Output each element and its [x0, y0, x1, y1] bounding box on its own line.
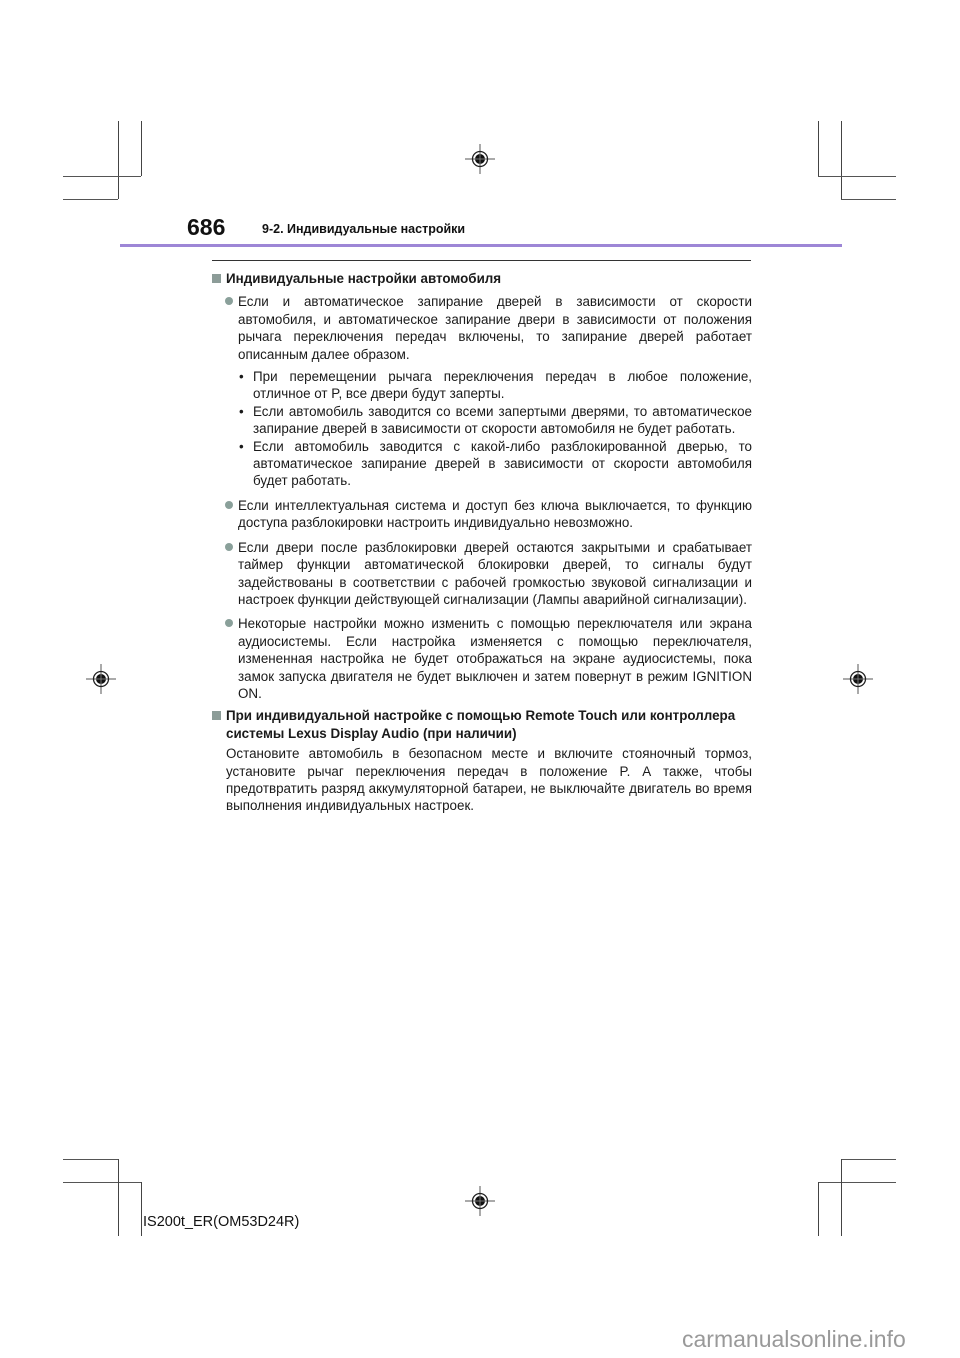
crop-mark — [818, 1182, 819, 1236]
paragraph-text: Если интеллектуальная система и доступ б… — [238, 498, 752, 530]
crop-mark — [63, 176, 141, 177]
crop-mark — [841, 1159, 896, 1160]
crop-mark — [141, 121, 142, 176]
circle-bullet-icon — [225, 619, 233, 627]
page-content: Индивидуальные настройки автомобиля Если… — [212, 265, 752, 815]
registration-mark-icon — [85, 663, 117, 695]
watermark: carmanualsonline.info — [682, 1326, 906, 1353]
paragraph-text: Некоторые настройки можно изменить с пом… — [238, 616, 752, 701]
crop-mark — [63, 1182, 141, 1183]
sub-item-text: При перемещении рычага переключения пере… — [253, 369, 752, 401]
circle-bullet-icon — [225, 297, 233, 305]
bullet-paragraph: Некоторые настройки можно изменить с пом… — [212, 615, 752, 702]
registration-mark-icon — [842, 663, 874, 695]
bullet-paragraph: Если и автоматическое запирание дверей в… — [212, 293, 752, 363]
section-title: 9-2. Индивидуальные настройки — [262, 222, 465, 236]
content-divider — [212, 260, 751, 261]
crop-mark — [841, 199, 896, 200]
crop-mark — [841, 121, 842, 199]
dot-bullet-icon: • — [239, 438, 244, 455]
square-bullet-icon — [212, 711, 221, 720]
body-paragraph: Остановите автомобиль в безопасном месте… — [212, 745, 752, 815]
sub-list-item: •Если автомобиль заводится с какой-либо … — [212, 438, 752, 490]
crop-mark — [818, 176, 896, 177]
crop-mark — [141, 1182, 142, 1236]
bullet-paragraph: Если интеллектуальная система и доступ б… — [212, 497, 752, 532]
page-number: 686 — [187, 214, 225, 241]
crop-mark — [118, 121, 119, 199]
header-rule — [120, 244, 842, 247]
crop-mark — [63, 199, 118, 200]
crop-mark — [818, 1182, 896, 1183]
paragraph-text: Если двери после разблокировки дверей ос… — [238, 540, 752, 607]
bullet-paragraph: Если двери после разблокировки дверей ос… — [212, 539, 752, 609]
sub-list-item: •Если автомобиль заводится со всеми запе… — [212, 403, 752, 438]
sub-item-text: Если автомобиль заводится со всеми запер… — [253, 404, 752, 436]
sub-list-item: •При перемещении рычага переключения пер… — [212, 368, 752, 403]
sub-list: •При перемещении рычага переключения пер… — [212, 368, 752, 490]
registration-mark-icon — [464, 1185, 496, 1217]
crop-mark — [818, 121, 819, 176]
dot-bullet-icon: • — [239, 403, 244, 420]
dot-bullet-icon: • — [239, 368, 244, 385]
sub-item-text: Если автомобиль заводится с какой-либо р… — [253, 439, 752, 489]
document-code: IS200t_ER(OM53D24R) — [143, 1214, 299, 1230]
paragraph-text: Если и автоматическое запирание дверей в… — [238, 294, 752, 361]
crop-mark — [118, 1159, 119, 1236]
crop-mark — [841, 1159, 842, 1236]
section-heading: Индивидуальные настройки автомобиля — [212, 270, 752, 287]
section-heading: При индивидуальной настройке с помощью R… — [212, 707, 752, 742]
section-heading-text: Индивидуальные настройки автомобиля — [226, 271, 501, 286]
crop-mark — [63, 1159, 118, 1160]
circle-bullet-icon — [225, 501, 233, 509]
square-bullet-icon — [212, 274, 221, 283]
circle-bullet-icon — [225, 543, 233, 551]
registration-mark-icon — [464, 143, 496, 175]
section-heading-text: При индивидуальной настройке с помощью R… — [226, 708, 735, 740]
